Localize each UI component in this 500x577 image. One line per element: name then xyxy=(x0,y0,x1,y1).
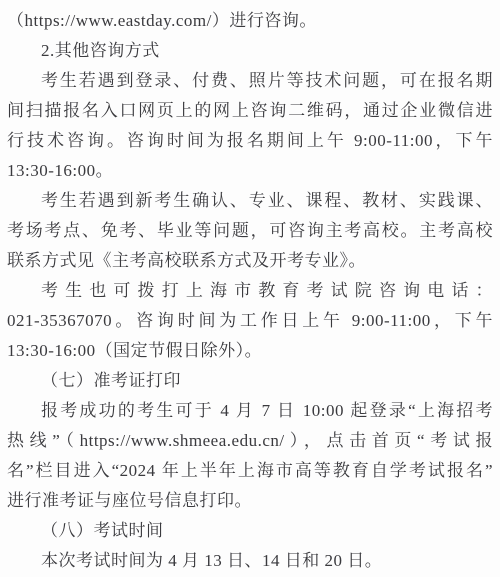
text-line: 间扫描报名入口网页上的网上咨询二维码，通过企业微信进 xyxy=(7,96,493,126)
text-line: 进行准考证与座位号信息打印。 xyxy=(7,486,493,516)
text-line-continuation: （https://www.eastday.com/）进行咨询。 xyxy=(7,6,493,36)
text-line: 热线”（https://www.shmeea.edu.cn/），点击首页“考试报 xyxy=(7,426,493,456)
text-line: 报考成功的考生可于 4 月 7 日 10:00 起登录“上海招考 xyxy=(7,396,493,426)
text-line: 考生若遇到登录、付费、照片等技术问题，可在报名期 xyxy=(7,66,493,96)
text-line: 考生若遇到新考生确认、专业、课程、教材、实践课、 xyxy=(7,186,493,216)
text-line: 名”栏目进入“2024 年上半年上海市高等教育自学考试报名” xyxy=(7,456,493,486)
text-line: 本次考试时间为 4 月 13 日、14 日和 20 日。 xyxy=(7,546,493,576)
text-line: 考场考点、免考、毕业等问题，可咨询主考高校。主考高校 xyxy=(7,216,493,246)
text-line: 13:30-16:00。 xyxy=(7,156,493,186)
text-line: 行技术咨询。咨询时间为报名期间上午 9:00-11:00，下午 xyxy=(7,126,493,156)
document-page: （https://www.eastday.com/）进行咨询。 2.其他咨询方式… xyxy=(0,0,500,577)
text-line: 021-35367070。咨询时间为工作日上午 9:00-11:00，下午 xyxy=(7,306,493,336)
section-heading-7: （七）准考证打印 xyxy=(7,366,493,396)
section-heading-8: （八）考试时间 xyxy=(7,516,493,546)
text-line: 考生也可拨打上海市教育考试院咨询电话： xyxy=(7,276,493,306)
text-line-subheading: 2.其他咨询方式 xyxy=(7,36,493,66)
text-line: 13:30-16:00（国定节假日除外）。 xyxy=(7,336,493,366)
text-line: 联系方式见《主考高校联系方式及开考专业》。 xyxy=(7,246,493,276)
